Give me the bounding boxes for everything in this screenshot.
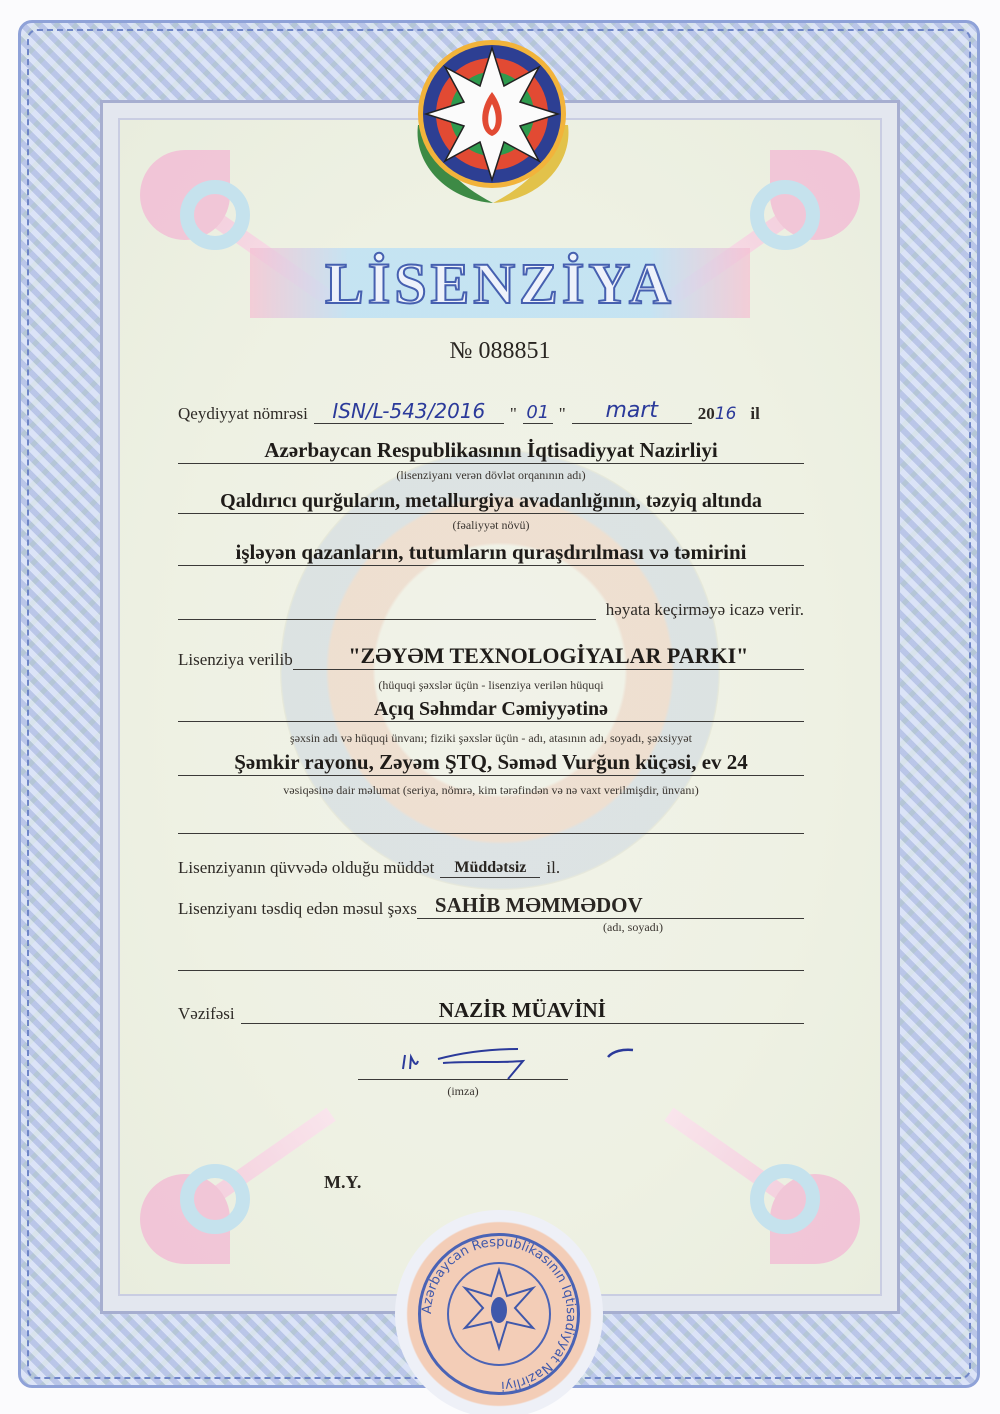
seal-place-label: M.Y. [324,1172,361,1193]
activity-line-2: işləyən qazanların, tutumların quraşdırı… [178,540,804,566]
issuer-caption: (lisenziyanı verən dövlət orqanının adı) [178,468,804,483]
registration-day: 01 [523,402,553,424]
quote-close: " [559,404,566,424]
eight-point-star-icon [418,40,566,188]
official-stamp: Azərbaycan Respublikasının İqtisadiyyat … [395,1210,603,1414]
document-title: LİSENZİYA [250,250,750,317]
activity-caption: (fəaliyyət növü) [178,518,804,533]
signature-line [358,1045,568,1080]
validity-value: Müddətsiz [440,859,540,878]
registration-month: mart [572,398,692,424]
responsible-caption: (adı, soyadı) [178,920,804,935]
position-label: Vəzifəsi [178,1004,235,1024]
number-value: 088851 [478,338,550,364]
corner-ornament [690,1104,880,1294]
licensee-name: "ZƏYƏM TEXNOLOGİYALAR PARKI" [293,643,804,670]
activity-line-1: Qaldırıcı qurğuların, metallurgiya avada… [178,490,804,514]
responsible-row: Lisenziyanı təsdiq edən məsul şəxs SAHİB… [178,893,804,919]
responsible-name: SAHİB MƏMMƏDOV [417,893,804,919]
blank-line [178,952,804,971]
validity-suffix: il. [546,858,560,878]
position-row: Vəzifəsi NAZİR MÜAVİNİ [178,998,804,1024]
quote-open: " [510,404,517,424]
licensee-caption-2: şəxsin adı və hüquqi ünvanı; fiziki şəxs… [178,731,804,746]
blank-line [178,601,596,620]
registration-suffix: il [750,404,759,424]
signature-scribble [398,1041,738,1081]
license-number: № 088851 [0,338,1000,365]
licensee-caption-1: (hüquqi şəxslər üçün - lisenziya verilən… [178,678,804,693]
position-value: NAZİR MÜAVİNİ [241,998,804,1024]
validity-row: Lisenziyanın qüvvədə olduğu müddət Müddə… [178,858,804,878]
issuer-name: Azərbaycan Respublikasının İqtisadiyyat … [178,438,804,464]
permit-text: həyata keçirməyə icazə verir. [606,600,804,620]
registration-number: ISN/L-543/2016 [314,399,504,424]
validity-label: Lisenziyanın qüvvədə olduğu müddət [178,858,434,878]
number-sign: № [450,338,473,364]
licensee-label: Lisenziya verilib [178,650,293,670]
registration-year: 2016 [698,404,737,424]
licensee-form: Açıq Səhmdar Cəmiyyətinə [178,698,804,722]
licensee-row: Lisenziya verilib "ZƏYƏM TEXNOLOGİYALAR … [178,643,804,670]
permit-row: həyata keçirməyə icazə verir. [178,600,804,620]
responsible-label: Lisenziyanı təsdiq edən məsul şəxs [178,899,417,919]
registration-row: Qeydiyyat nömrəsi ISN/L-543/2016 " 01 " … [178,398,804,424]
signature-caption: (imza) [358,1084,568,1099]
blank-line [178,815,804,834]
licensee-caption-3: vəsiqəsinə dair məlumat (seriya, nömrə, … [178,783,804,798]
coat-of-arms-emblem [418,40,566,188]
corner-ornament [120,1104,310,1294]
licensee-address: Şəmkir rayonu, Zəyəm ŞTQ, Səməd Vurğun k… [178,750,804,776]
registration-label: Qeydiyyat nömrəsi [178,404,308,424]
stamp-star-icon: Azərbaycan Respublikasının İqtisadiyyat … [395,1210,603,1414]
